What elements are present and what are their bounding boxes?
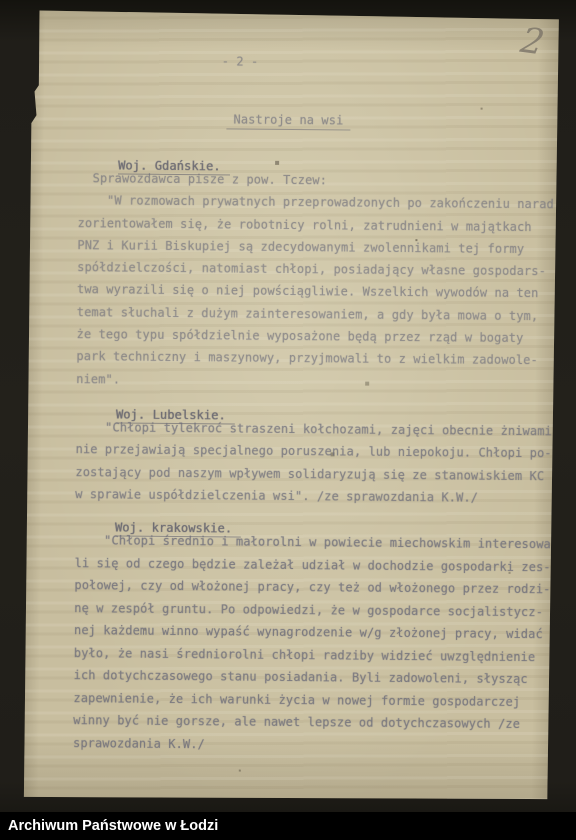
paper-specks <box>29 8 31 10</box>
scan-viewer: - 2 - 2 Nastroje na wsi Woj. Gdańskie. S… <box>0 0 576 840</box>
document-title-text: Nastroje na wsi <box>226 112 350 130</box>
text-line: sprawozdania K.W./ <box>73 732 557 759</box>
text-line: park techniczny i maszynowy, przyjmowali… <box>76 346 552 372</box>
section-body-woj-gdanskie: Sprawozdawca pisze z pow. Tczew: "W rozm… <box>76 167 554 394</box>
archive-footer-bar: Archiwum Państwowe w Łodzi <box>0 812 576 840</box>
handwritten-page-annotation: 2 <box>517 21 547 63</box>
section-body-woj-krakowskie: "Chłopi średnio i małorolni w powiecie m… <box>73 529 558 758</box>
document-title: Nastroje na wsi <box>28 97 504 146</box>
section-body-woj-lubelskie: "Chłopi tylekroć straszeni kołchozami, z… <box>75 416 552 509</box>
page-number: - 2 - <box>29 53 451 71</box>
archive-name: Archiwum Państwowe w Łodzi <box>8 818 218 834</box>
text-line: w sprawie uspółdzielczenia wsi". /ze spr… <box>75 483 551 509</box>
text-line: niem". <box>76 368 552 394</box>
document-page: - 2 - 2 Nastroje na wsi Woj. Gdańskie. S… <box>23 8 560 803</box>
